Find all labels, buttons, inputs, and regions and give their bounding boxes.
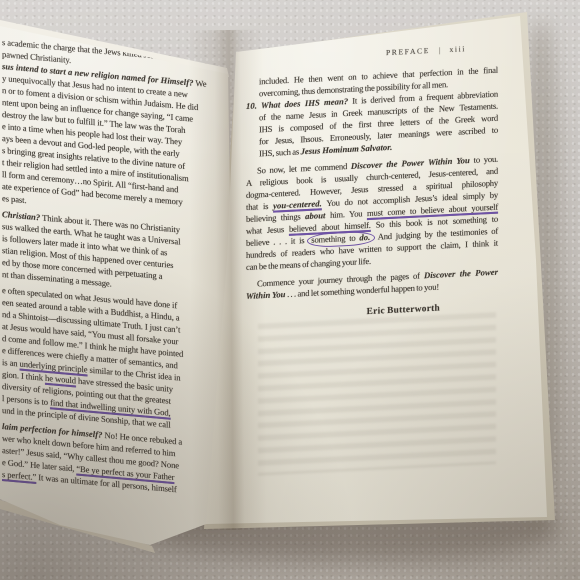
pen-underline: s perfect.”	[2, 469, 36, 482]
text-segment: IHS, such as	[259, 146, 301, 158]
text-segment: do.	[359, 232, 370, 243]
text-segment: about	[305, 210, 325, 221]
text-segment: We	[194, 78, 207, 89]
preface-label: PREFACE	[386, 45, 430, 59]
text-segment: es past.	[2, 193, 27, 205]
text-segment: Jesus Hominum Salvator.	[301, 142, 393, 156]
page-number: xiii	[449, 43, 466, 56]
page-header: PREFACE | xiii	[246, 42, 498, 66]
header-separator: |	[439, 44, 441, 56]
right-page-lines: included. He then went on to achieve tha…	[246, 64, 498, 302]
page-showthrough	[258, 312, 496, 476]
text-segment: Within You	[246, 289, 286, 301]
text-segment: that is	[246, 201, 273, 212]
text-segment: to you.	[470, 154, 498, 165]
book-photo-scene: s academic the charge that the Jews kill…	[0, 0, 580, 580]
text-segment: is an	[2, 357, 20, 369]
text-segment: him. You	[325, 208, 367, 220]
text-segment: 10.	[246, 100, 261, 111]
right-page-text: PREFACE | xiii included. He then went on…	[246, 42, 498, 324]
